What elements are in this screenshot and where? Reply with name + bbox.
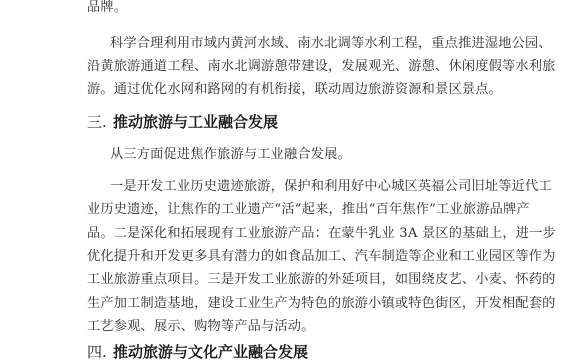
section-number: 四. <box>87 343 113 360</box>
paragraph-line: 一是开发工业历史遗迹旅游，保护和利用好中心城区英福公司旧址等近代工 <box>110 179 485 195</box>
section-title: 推动旅游与文化产业融合发展 <box>113 343 308 360</box>
section-number: 三. <box>87 113 113 131</box>
paragraph-line: 业历史遗迹，让焦作的工业遗产“活”起来，推出“百年焦作”工业旅游品牌产 <box>87 202 485 218</box>
paragraph-line: 工业旅游重点项目。三是开发工业旅游的外延项目，如围绕皮艺、小麦、怀药的 <box>87 272 485 288</box>
paragraph-line: 沿黄旅游通道工程、南水北调游憩带建设，发展观光、游憩、休闲度假等水利旅 <box>87 59 485 75</box>
paragraph-line: 从三方面促进焦作旅游与工业融合发展。 <box>110 147 485 163</box>
section-title: 推动旅游与工业融合发展 <box>113 113 278 131</box>
section-heading-4: 四.推动旅游与文化产业融合发展 <box>87 343 308 360</box>
paragraph-line: 工艺参观、展示、购物等产品与活动。 <box>87 319 485 335</box>
paragraph-line: 优化提升和开发更多具有潜力的如食品加工、汽车制造等企业和工业园区等作为 <box>87 249 485 265</box>
paragraph-line: 科学合理利用市域内黄河水域、南水北调等水利工程，重点推进湿地公园、 <box>110 36 485 52</box>
document-page: 品牌。 科学合理利用市域内黄河水域、南水北调等水利工程，重点推进湿地公园、 沿黄… <box>0 0 570 360</box>
paragraph-line: 品牌。 <box>87 0 485 16</box>
section-heading-3: 三.推动旅游与工业融合发展 <box>87 113 278 131</box>
paragraph-line: 品。二是深化和拓展现有工业旅游产品：在蒙牛乳业 3A 景区的基础上，进一步 <box>87 226 485 242</box>
paragraph-line: 游。通过优化水网和路网的有机衔接，联动周边旅游资源和景区景点。 <box>87 82 485 98</box>
paragraph-line: 生产加工制造基地，建设工业生产为特色的旅游小镇或特色街区，开发相配套的 <box>87 296 485 312</box>
